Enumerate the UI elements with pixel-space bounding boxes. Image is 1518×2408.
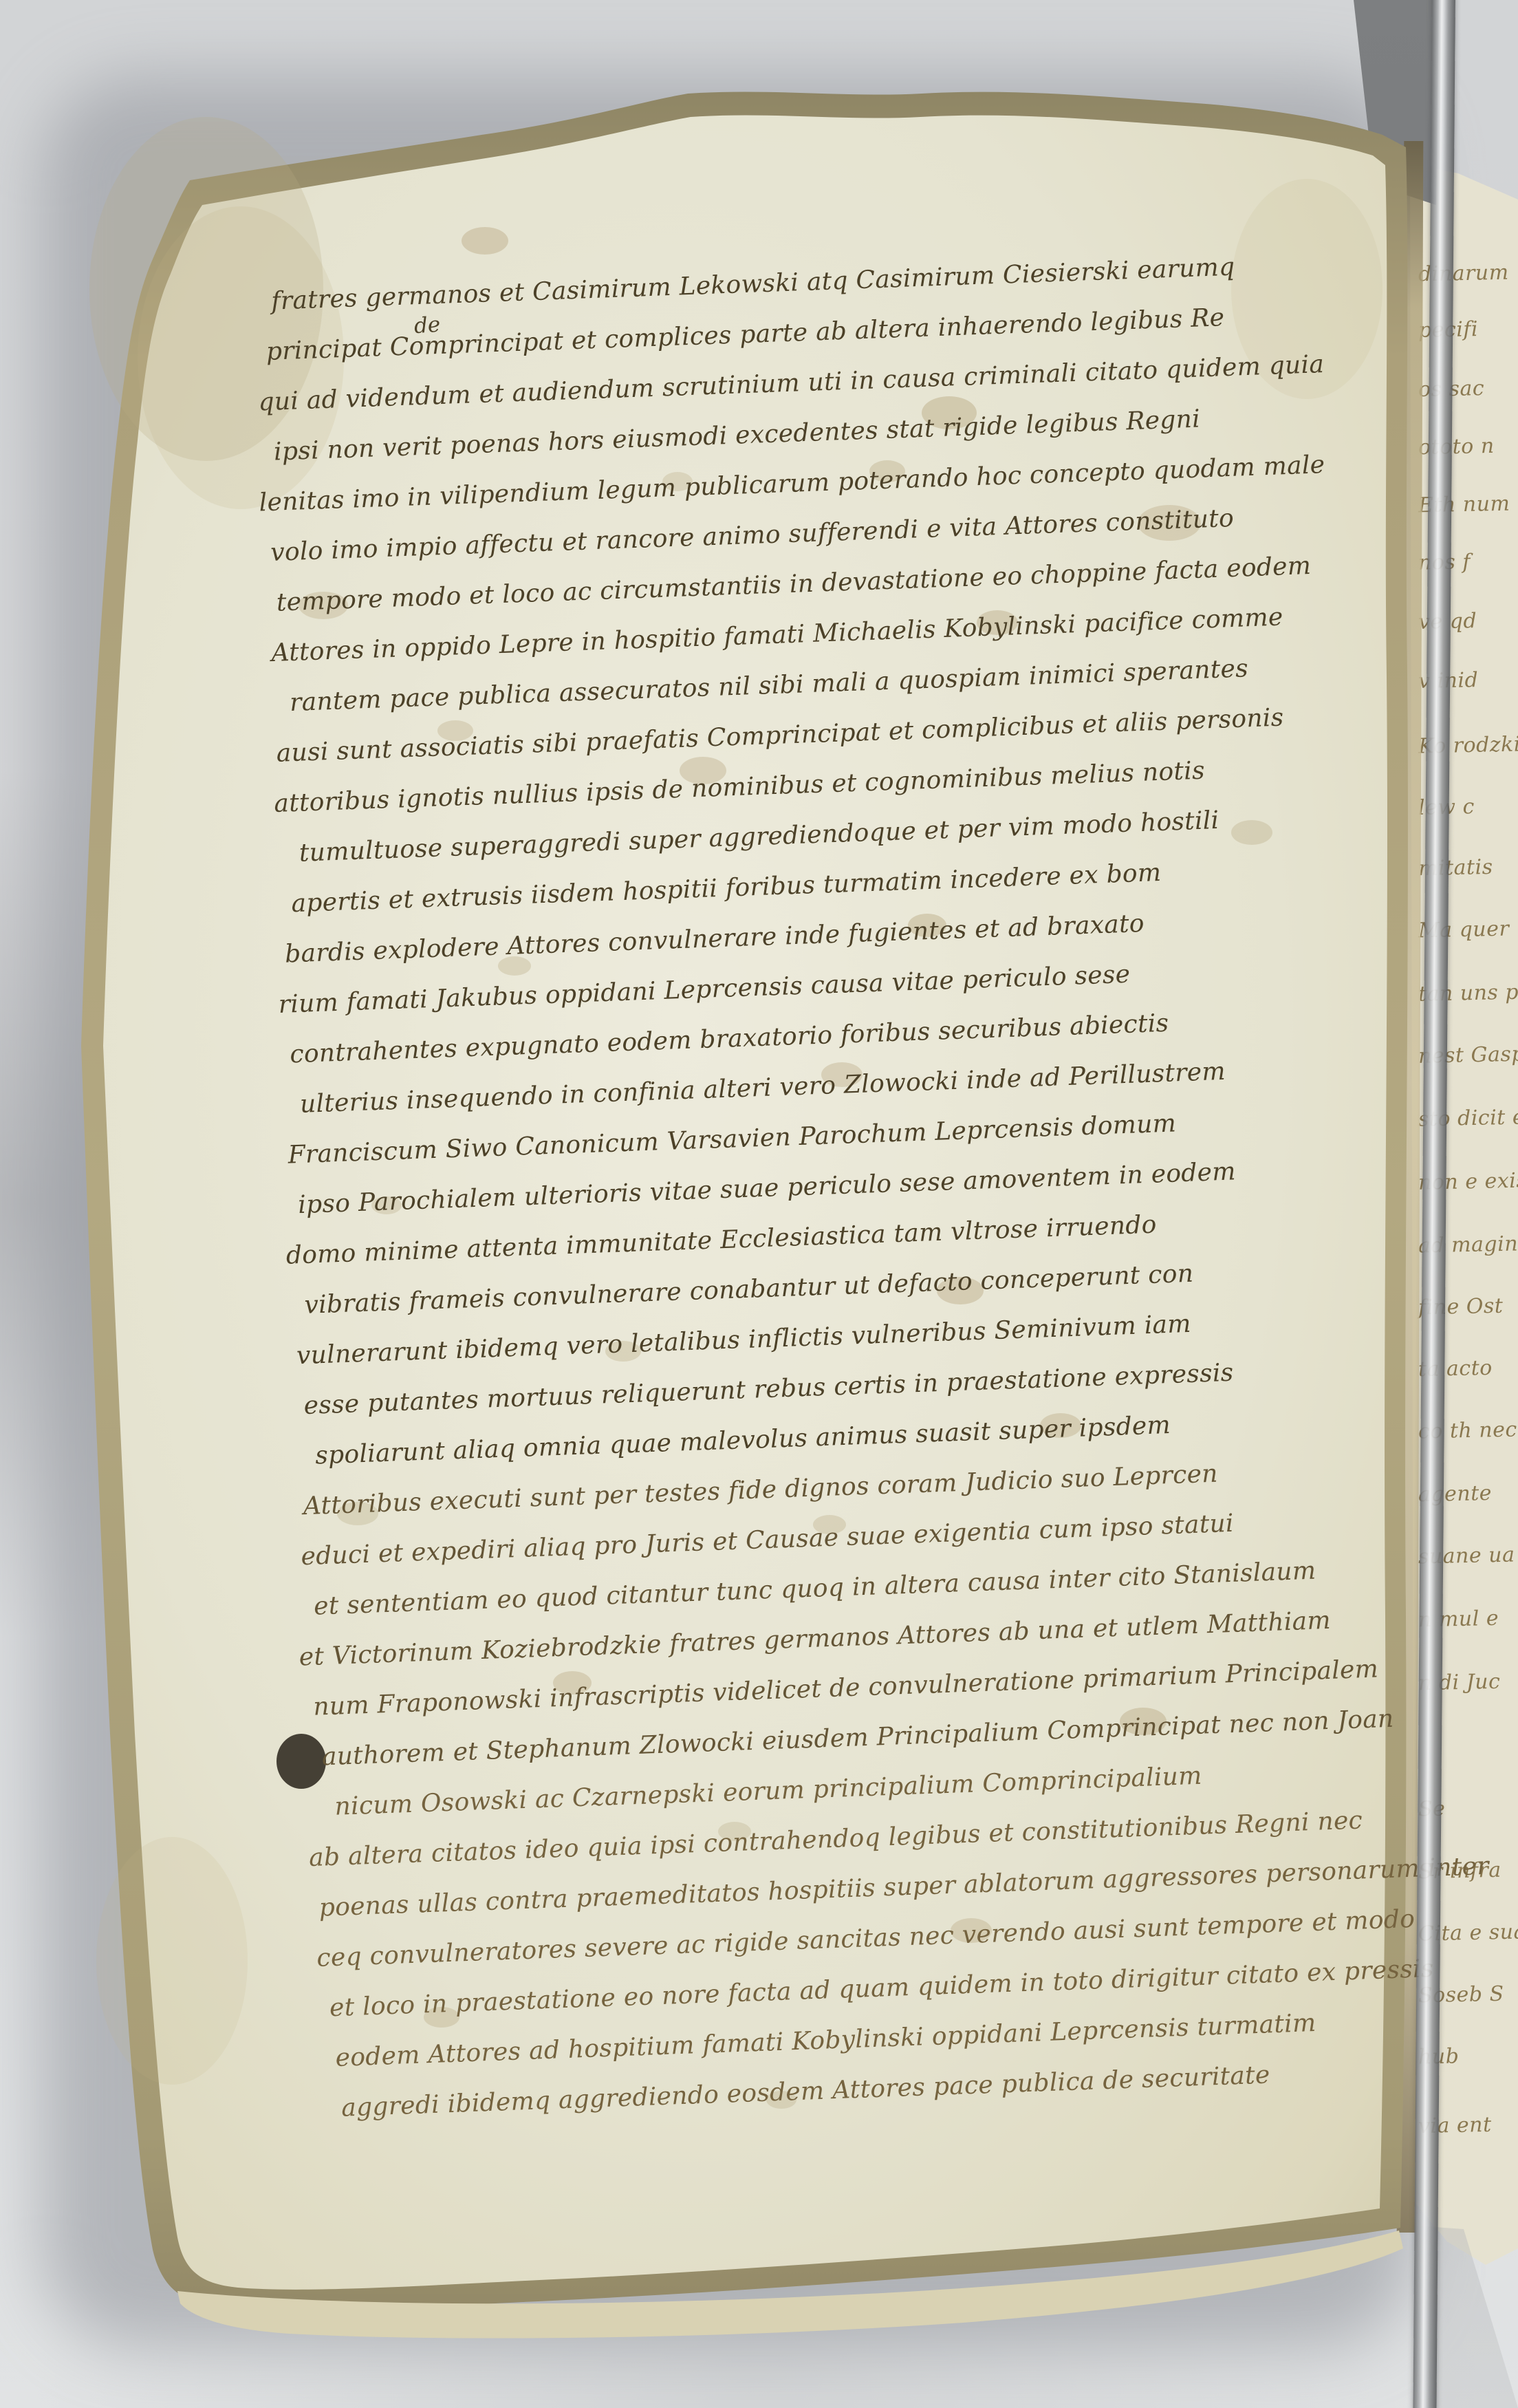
- manuscript-text-block: fratres germanos et Casimirum Lekowski a…: [265, 237, 1418, 2133]
- scan-scene: dinarum pecifi os sac ototo n Eth num no…: [0, 0, 1518, 2408]
